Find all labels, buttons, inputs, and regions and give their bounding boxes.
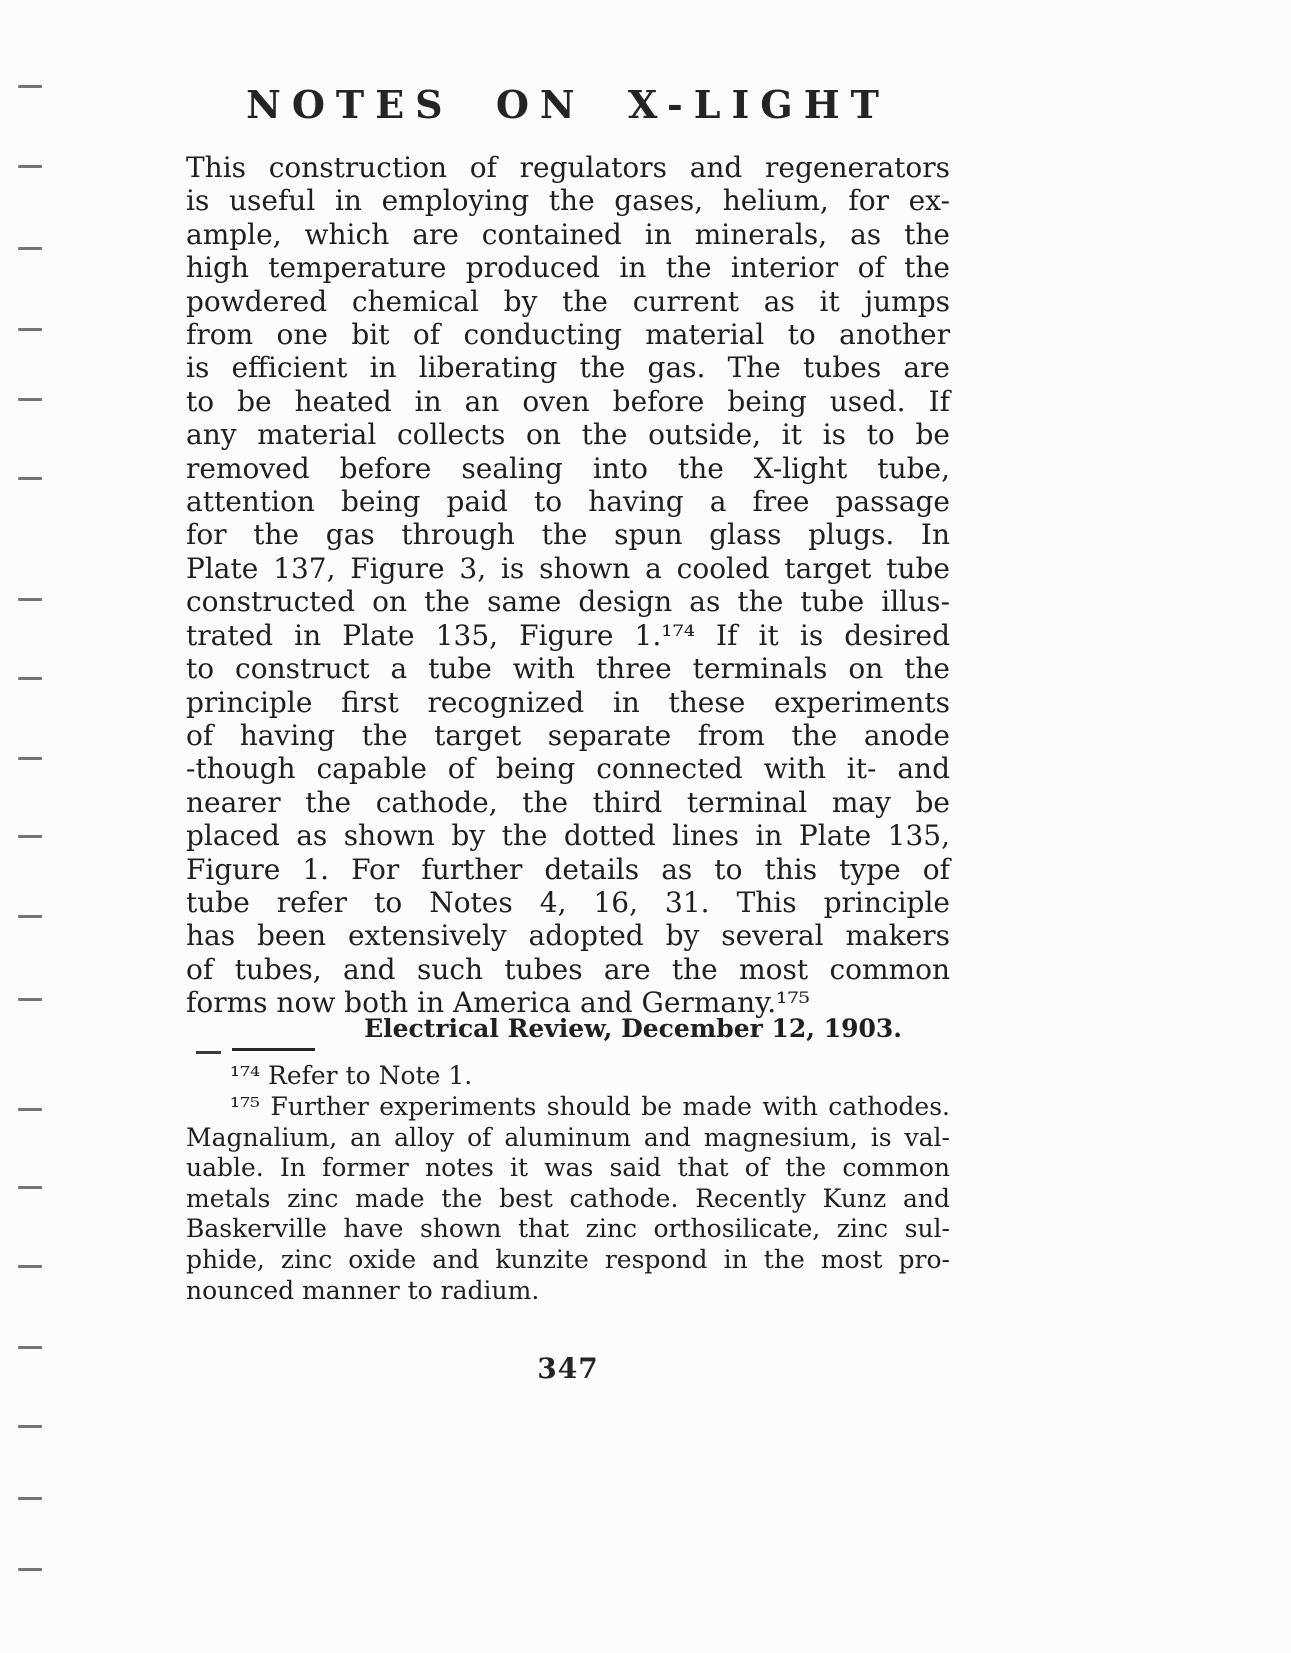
footnote-174: ¹⁷⁴ Refer to Note 1. bbox=[186, 1061, 950, 1091]
scan-margin-mark bbox=[18, 998, 42, 1001]
text-line: removed before sealing into the X-light … bbox=[186, 452, 950, 485]
text-line: powdered chemical by the current as it j… bbox=[186, 285, 950, 318]
footnote-175: ¹⁷⁵ Further experiments should be made w… bbox=[186, 1092, 950, 1306]
text-line: has been extensively adopted by several … bbox=[186, 919, 950, 952]
scan-margin-mark bbox=[18, 1265, 42, 1268]
text-line: trated in Plate 135, Figure 1.¹⁷⁴ If it … bbox=[186, 619, 950, 652]
text-line: nounced manner to radium. bbox=[186, 1276, 950, 1307]
text-line: metals zinc made the best cathode. Recen… bbox=[186, 1184, 950, 1215]
text-line: tube refer to Notes 4, 16, 31. This prin… bbox=[186, 886, 950, 919]
text-line: high temperature produced in the interio… bbox=[186, 251, 950, 284]
scan-margin-mark bbox=[18, 398, 42, 401]
footnote-rule-dash bbox=[196, 1051, 221, 1054]
text-line: This construction of regulators and rege… bbox=[186, 151, 950, 184]
text-line: placed as shown by the dotted lines in P… bbox=[186, 819, 950, 852]
text-line: is useful in employing the gases, helium… bbox=[186, 184, 950, 217]
text-line: from one bit of conducting material to a… bbox=[186, 318, 950, 351]
scan-margin-mark bbox=[18, 328, 42, 331]
text-line: Magnalium, an alloy of aluminum and magn… bbox=[186, 1123, 950, 1154]
text-line: to construct a tube with three terminals… bbox=[186, 652, 950, 685]
scan-margin-mark bbox=[18, 1108, 42, 1111]
main-paragraph: This construction of regulators and rege… bbox=[186, 151, 950, 1020]
text-line: of tubes, and such tubes are the most co… bbox=[186, 953, 950, 986]
page-title: NOTES ON X-LIGHT bbox=[186, 82, 950, 127]
book-page: NOTES ON X-LIGHT This construction of re… bbox=[0, 0, 1291, 1653]
scan-margin-mark bbox=[18, 598, 42, 601]
text-line: ample, which are contained in minerals, … bbox=[186, 218, 950, 251]
text-line: any material collects on the outside, it… bbox=[186, 418, 950, 451]
scan-margin-mark bbox=[18, 757, 42, 760]
text-line: -though capable of being connected with … bbox=[186, 752, 950, 785]
scan-margin-mark bbox=[18, 1568, 42, 1571]
attribution-line: Electrical Review, December 12, 1903. bbox=[186, 1014, 902, 1043]
scan-margin-mark bbox=[18, 1346, 42, 1349]
scan-margin-mark bbox=[18, 677, 42, 680]
text-line: to be heated in an oven before being use… bbox=[186, 385, 950, 418]
text-line: nearer the cathode, the third terminal m… bbox=[186, 786, 950, 819]
text-line: attention being paid to having a free pa… bbox=[186, 485, 950, 518]
text-line: of having the target separate from the a… bbox=[186, 719, 950, 752]
text-line: principle first recognized in these expe… bbox=[186, 686, 950, 719]
text-line: for the gas through the spun glass plugs… bbox=[186, 518, 950, 551]
text-line: is efficient in liberating the gas. The … bbox=[186, 351, 950, 384]
scan-margin-mark bbox=[18, 1186, 42, 1189]
scan-margin-mark bbox=[18, 1497, 42, 1500]
scan-margin-mark bbox=[18, 835, 42, 838]
scan-margin-mark bbox=[18, 85, 42, 88]
footnote-separator-rule bbox=[232, 1048, 315, 1051]
scan-margin-mark bbox=[18, 1425, 42, 1428]
text-line: Plate 137, Figure 3, is shown a cooled t… bbox=[186, 552, 950, 585]
text-line: Figure 1. For further details as to this… bbox=[186, 853, 950, 886]
text-line: uable. In former notes it was said that … bbox=[186, 1153, 950, 1184]
text-line: Baskerville have shown that zinc orthosi… bbox=[186, 1214, 950, 1245]
scan-margin-mark bbox=[18, 915, 42, 918]
scan-margin-mark bbox=[18, 165, 42, 168]
text-line: phide, zinc oxide and kunzite respond in… bbox=[186, 1245, 950, 1276]
text-line: constructed on the same design as the tu… bbox=[186, 585, 950, 618]
scan-margin-mark bbox=[18, 477, 42, 480]
text-line: ¹⁷⁵ Further experiments should be made w… bbox=[186, 1092, 950, 1123]
page-number: 347 bbox=[186, 1352, 950, 1385]
scan-margin-mark bbox=[18, 247, 42, 250]
